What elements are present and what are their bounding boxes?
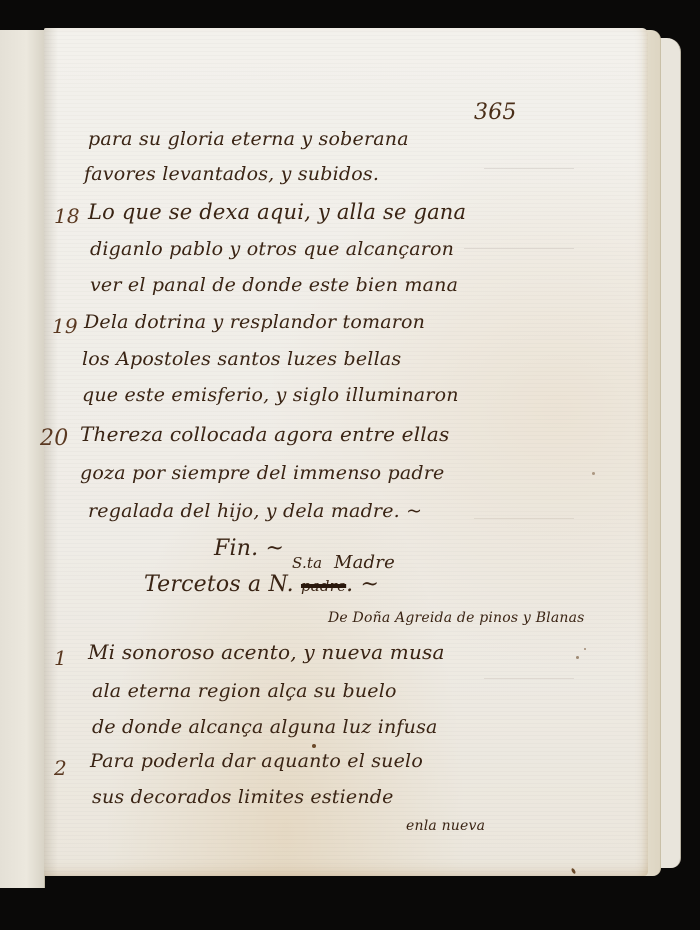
verse-line: Para poderla dar aquanto el suelo — [90, 750, 423, 772]
verse-line: de donde alcança alguna luz infusa — [92, 716, 438, 738]
poem-heading: Tercetos a N. S.ta Madre padre. ~ — [144, 572, 379, 597]
catchword: enla nueva — [406, 818, 485, 834]
heading-struck-word: padre — [301, 577, 346, 595]
heading-prefix: Tercetos a N. — [144, 572, 294, 597]
stanza-number: 19 — [52, 314, 78, 338]
foxing-spot — [584, 648, 586, 650]
stanza-number: 1 — [54, 646, 67, 670]
verse-line: los Apostoles santos luzes bellas — [82, 348, 401, 370]
foxing-spot — [576, 656, 579, 659]
stanza-number: 18 — [54, 204, 80, 228]
verse-line: que este emisferio, y siglo illuminaron — [82, 384, 459, 406]
verse-line: diganlo pablo y otros que alcançaron — [90, 238, 454, 260]
gutter-shadow — [44, 28, 58, 876]
verse-line: sus decorados limites estiende — [92, 786, 394, 808]
manuscript-page: 365 para su gloria eterna y soberana fav… — [44, 28, 648, 876]
bleed-through — [474, 508, 574, 519]
heading-superscript: S.ta — [292, 554, 322, 572]
bleed-through — [464, 238, 574, 249]
verse-line: Mi sonoroso acento, y nueva musa — [88, 640, 445, 664]
verse-line: Thereza collocada agora entre ellas — [80, 422, 450, 446]
verse-line: ver el panal de donde este bien mana — [90, 274, 458, 296]
manuscript-photo: 365 para su gloria eterna y soberana fav… — [0, 0, 700, 930]
heading-inserted-word: Madre — [334, 552, 395, 573]
verse-line: ala eterna region alça su buelo — [92, 680, 397, 702]
poem-attribution: De Doña Agreida de pinos y Blanas — [328, 610, 585, 626]
ink-spot — [571, 868, 577, 875]
facing-page-edge — [0, 30, 45, 888]
stanza-number: 2 — [54, 756, 67, 780]
verse-line: Dela dotrina y resplandor tomaron — [84, 311, 425, 333]
verse-line: regalada del hijo, y dela madre. ~ — [88, 500, 422, 522]
folio-number: 365 — [474, 100, 517, 125]
bleed-through — [484, 668, 574, 679]
closing-fin: Fin. ~ — [214, 536, 284, 561]
ink-spot — [312, 744, 316, 748]
bleed-through — [484, 158, 574, 169]
verse-line: goza por siempre del immenso padre — [80, 462, 444, 484]
verse-line: favores levantados, y subidos. — [84, 163, 379, 185]
stanza-number: 20 — [40, 426, 68, 451]
verse-line: para su gloria eterna y soberana — [88, 128, 409, 150]
foxing-spot — [592, 472, 595, 475]
heading-suffix: . ~ — [346, 572, 379, 597]
verse-line: Lo que se dexa aqui, y alla se gana — [88, 200, 466, 224]
